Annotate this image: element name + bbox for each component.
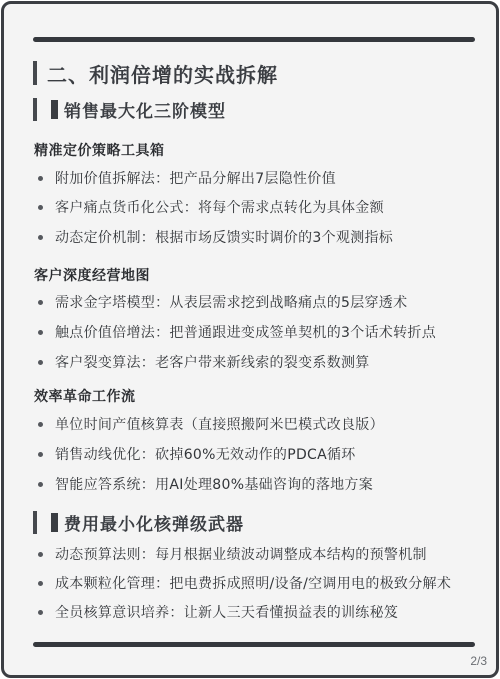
list-item: 客户裂变算法：老客户带来新线索的裂变系数测算: [38, 352, 370, 372]
list-item: 成本颗粒化管理：把电费拆成照明/设备/空调用电的极致分解术: [38, 573, 451, 593]
subsection-heading-efficiency: 效率革命工作流: [34, 386, 136, 406]
bullet-icon: [38, 330, 43, 335]
title-accent-bar: [33, 61, 37, 85]
section-block-icon: [51, 100, 58, 119]
list-item: 动态预算法则：每月根据业绩波动调整成本结构的预警机制: [38, 544, 427, 564]
section-heading-sales: 销售最大化三阶模型: [33, 97, 226, 121]
bullet-icon: [38, 300, 43, 305]
list-item: 动态定价机制：根据市场反馈实时调价的3个观测指标: [38, 227, 393, 247]
document-page: 二、利润倍增的实战拆解 销售最大化三阶模型 精准定价策略工具箱 附加价值拆解法：…: [1, 1, 499, 678]
top-divider: [33, 37, 475, 42]
page-title-text: 二、利润倍增的实战拆解: [47, 59, 278, 88]
list-item: 智能应答系统：用AI处理80%基础咨询的落地方案: [38, 474, 373, 494]
bullet-icon: [38, 581, 43, 586]
list-item: 全员核算意识培养：让新人三天看懂损益表的训练秘笈: [38, 602, 398, 622]
list-item: 需求金字塔模型：从表层需求挖到战略痛点的5层穿透术: [38, 292, 407, 312]
bottom-divider: [33, 642, 475, 647]
subsection-heading-customer: 客户深度经营地图: [34, 265, 150, 285]
page-title: 二、利润倍增的实战拆解: [33, 60, 278, 86]
list-item: 附加价值拆解法：把产品分解出7层隐性价值: [38, 168, 336, 188]
bullet-icon: [38, 176, 43, 181]
list-item: 触点价值倍增法：把普通跟进变成签单契机的3个话术转折点: [38, 322, 436, 342]
bullet-icon: [38, 235, 43, 240]
bullet-icon: [38, 552, 43, 557]
list-item: 单位时间产值核算表（直接照搬阿米巴模式改良版）: [38, 414, 384, 434]
section-block-icon: [51, 513, 58, 532]
section-heading-cost: 费用最小化核弹级武器: [33, 510, 244, 534]
bullet-icon: [38, 610, 43, 615]
section-heading-text: 销售最大化三阶模型: [64, 97, 226, 122]
section-accent-bar: [33, 98, 37, 121]
section-heading-text: 费用最小化核弹级武器: [64, 510, 244, 535]
subsection-heading-pricing: 精准定价策略工具箱: [34, 140, 165, 160]
bullet-icon: [38, 452, 43, 457]
bullet-icon: [38, 422, 43, 427]
list-item: 销售动线优化：砍掉60%无效动作的PDCA循环: [38, 444, 356, 464]
section-accent-bar: [33, 511, 37, 534]
page-indicator: 2/3: [470, 654, 487, 668]
bullet-icon: [38, 482, 43, 487]
list-item: 客户痛点货币化公式：将每个需求点转化为具体金额: [38, 197, 384, 217]
bullet-icon: [38, 360, 43, 365]
bullet-icon: [38, 205, 43, 210]
